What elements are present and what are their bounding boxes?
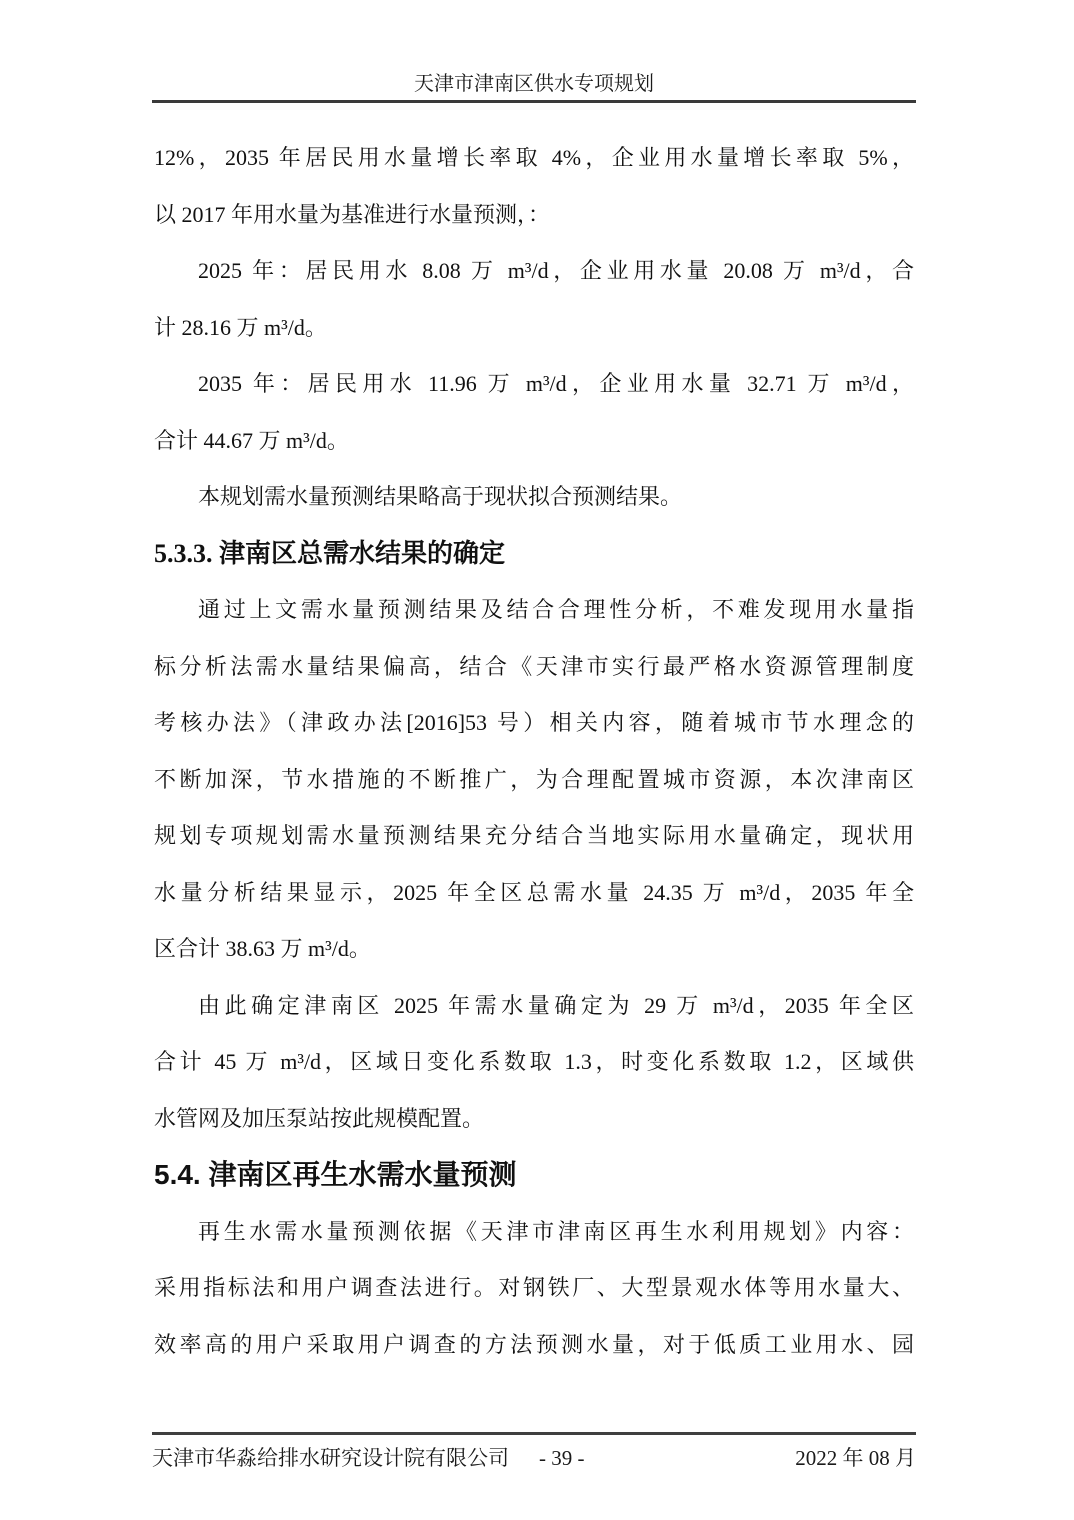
- header-rule: [152, 100, 916, 103]
- footer-date: 2022 年 08 月: [795, 1446, 916, 1470]
- footer-company: 天津市华淼给排水研究设计院有限公司: [152, 1446, 509, 1470]
- footer-row: 天津市华淼给排水研究设计院有限公司 - 39 - 2022 年 08 月: [152, 1446, 916, 1470]
- body-line: 采用指标法和用户调查法进行。对钢铁厂、大型景观水体等用水量大、: [154, 1260, 914, 1317]
- body-line: 通过上文需水量预测结果及结合合理性分析，不难发现用水量指: [154, 582, 914, 639]
- page-header: 天津市津南区供水专项规划: [152, 0, 916, 103]
- body-line: 区合计 38.63 万 m³/d。: [154, 921, 914, 978]
- body-line: 水量分析结果显示，2025 年全区总需水量 24.35 万 m³/d，2035 …: [154, 865, 914, 922]
- body-line: 水管网及加压泵站按此规模配置。: [154, 1091, 914, 1148]
- document-page: 天津市津南区供水专项规划 12%，2035 年居民用水量增长率取 4%，企业用水…: [0, 0, 1074, 1520]
- document-body: 12%，2035 年居民用水量增长率取 4%，企业用水量增长率取 5%，以 20…: [154, 130, 914, 1373]
- body-line: 计 28.16 万 m³/d。: [154, 300, 914, 357]
- body-line: 由此确定津南区 2025 年需水量确定为 29 万 m³/d，2035 年全区: [154, 978, 914, 1035]
- section-heading: 5.4. 津南区再生水需水量预测: [154, 1147, 914, 1204]
- body-line: 效率高的用户采取用户调查的方法预测水量，对于低质工业用水、园: [154, 1317, 914, 1374]
- body-line: 以 2017 年用水量为基准进行水量预测，：: [154, 187, 914, 244]
- section-heading: 5.3.3. 津南区总需水结果的确定: [154, 526, 914, 583]
- body-line: 再生水需水量预测依据《天津市津南区再生水利用规划》内容：: [154, 1204, 914, 1261]
- body-line: 合计 44.67 万 m³/d。: [154, 413, 914, 470]
- body-line: 12%，2035 年居民用水量增长率取 4%，企业用水量增长率取 5%，: [154, 130, 914, 187]
- page-footer: 天津市华淼给排水研究设计院有限公司 - 39 - 2022 年 08 月: [152, 1432, 916, 1470]
- header-title: 天津市津南区供水专项规划: [152, 72, 916, 96]
- body-line: 本规划需水量预测结果略高于现状拟合预测结果。: [154, 469, 914, 526]
- body-line: 规划专项规划需水量预测结果充分结合当地实际用水量确定，现状用: [154, 808, 914, 865]
- body-line: 不断加深，节水措施的不断推广，为合理配置城市资源，本次津南区: [154, 752, 914, 809]
- footer-rule: [152, 1432, 916, 1435]
- body-line: 考核办法》（津政办法[2016]53 号）相关内容，随着城市节水理念的: [154, 695, 914, 752]
- body-line: 2025 年：居民用水 8.08 万 m³/d，企业用水量 20.08 万 m³…: [154, 243, 914, 300]
- footer-page-number: - 39 -: [539, 1446, 585, 1470]
- body-line: 2035 年：居民用水 11.96 万 m³/d，企业用水量 32.71 万 m…: [154, 356, 914, 413]
- body-line: 标分析法需水量结果偏高，结合《天津市实行最严格水资源管理制度: [154, 639, 914, 696]
- body-line: 合计 45 万 m³/d，区域日变化系数取 1.3，时变化系数取 1.2，区域供: [154, 1034, 914, 1091]
